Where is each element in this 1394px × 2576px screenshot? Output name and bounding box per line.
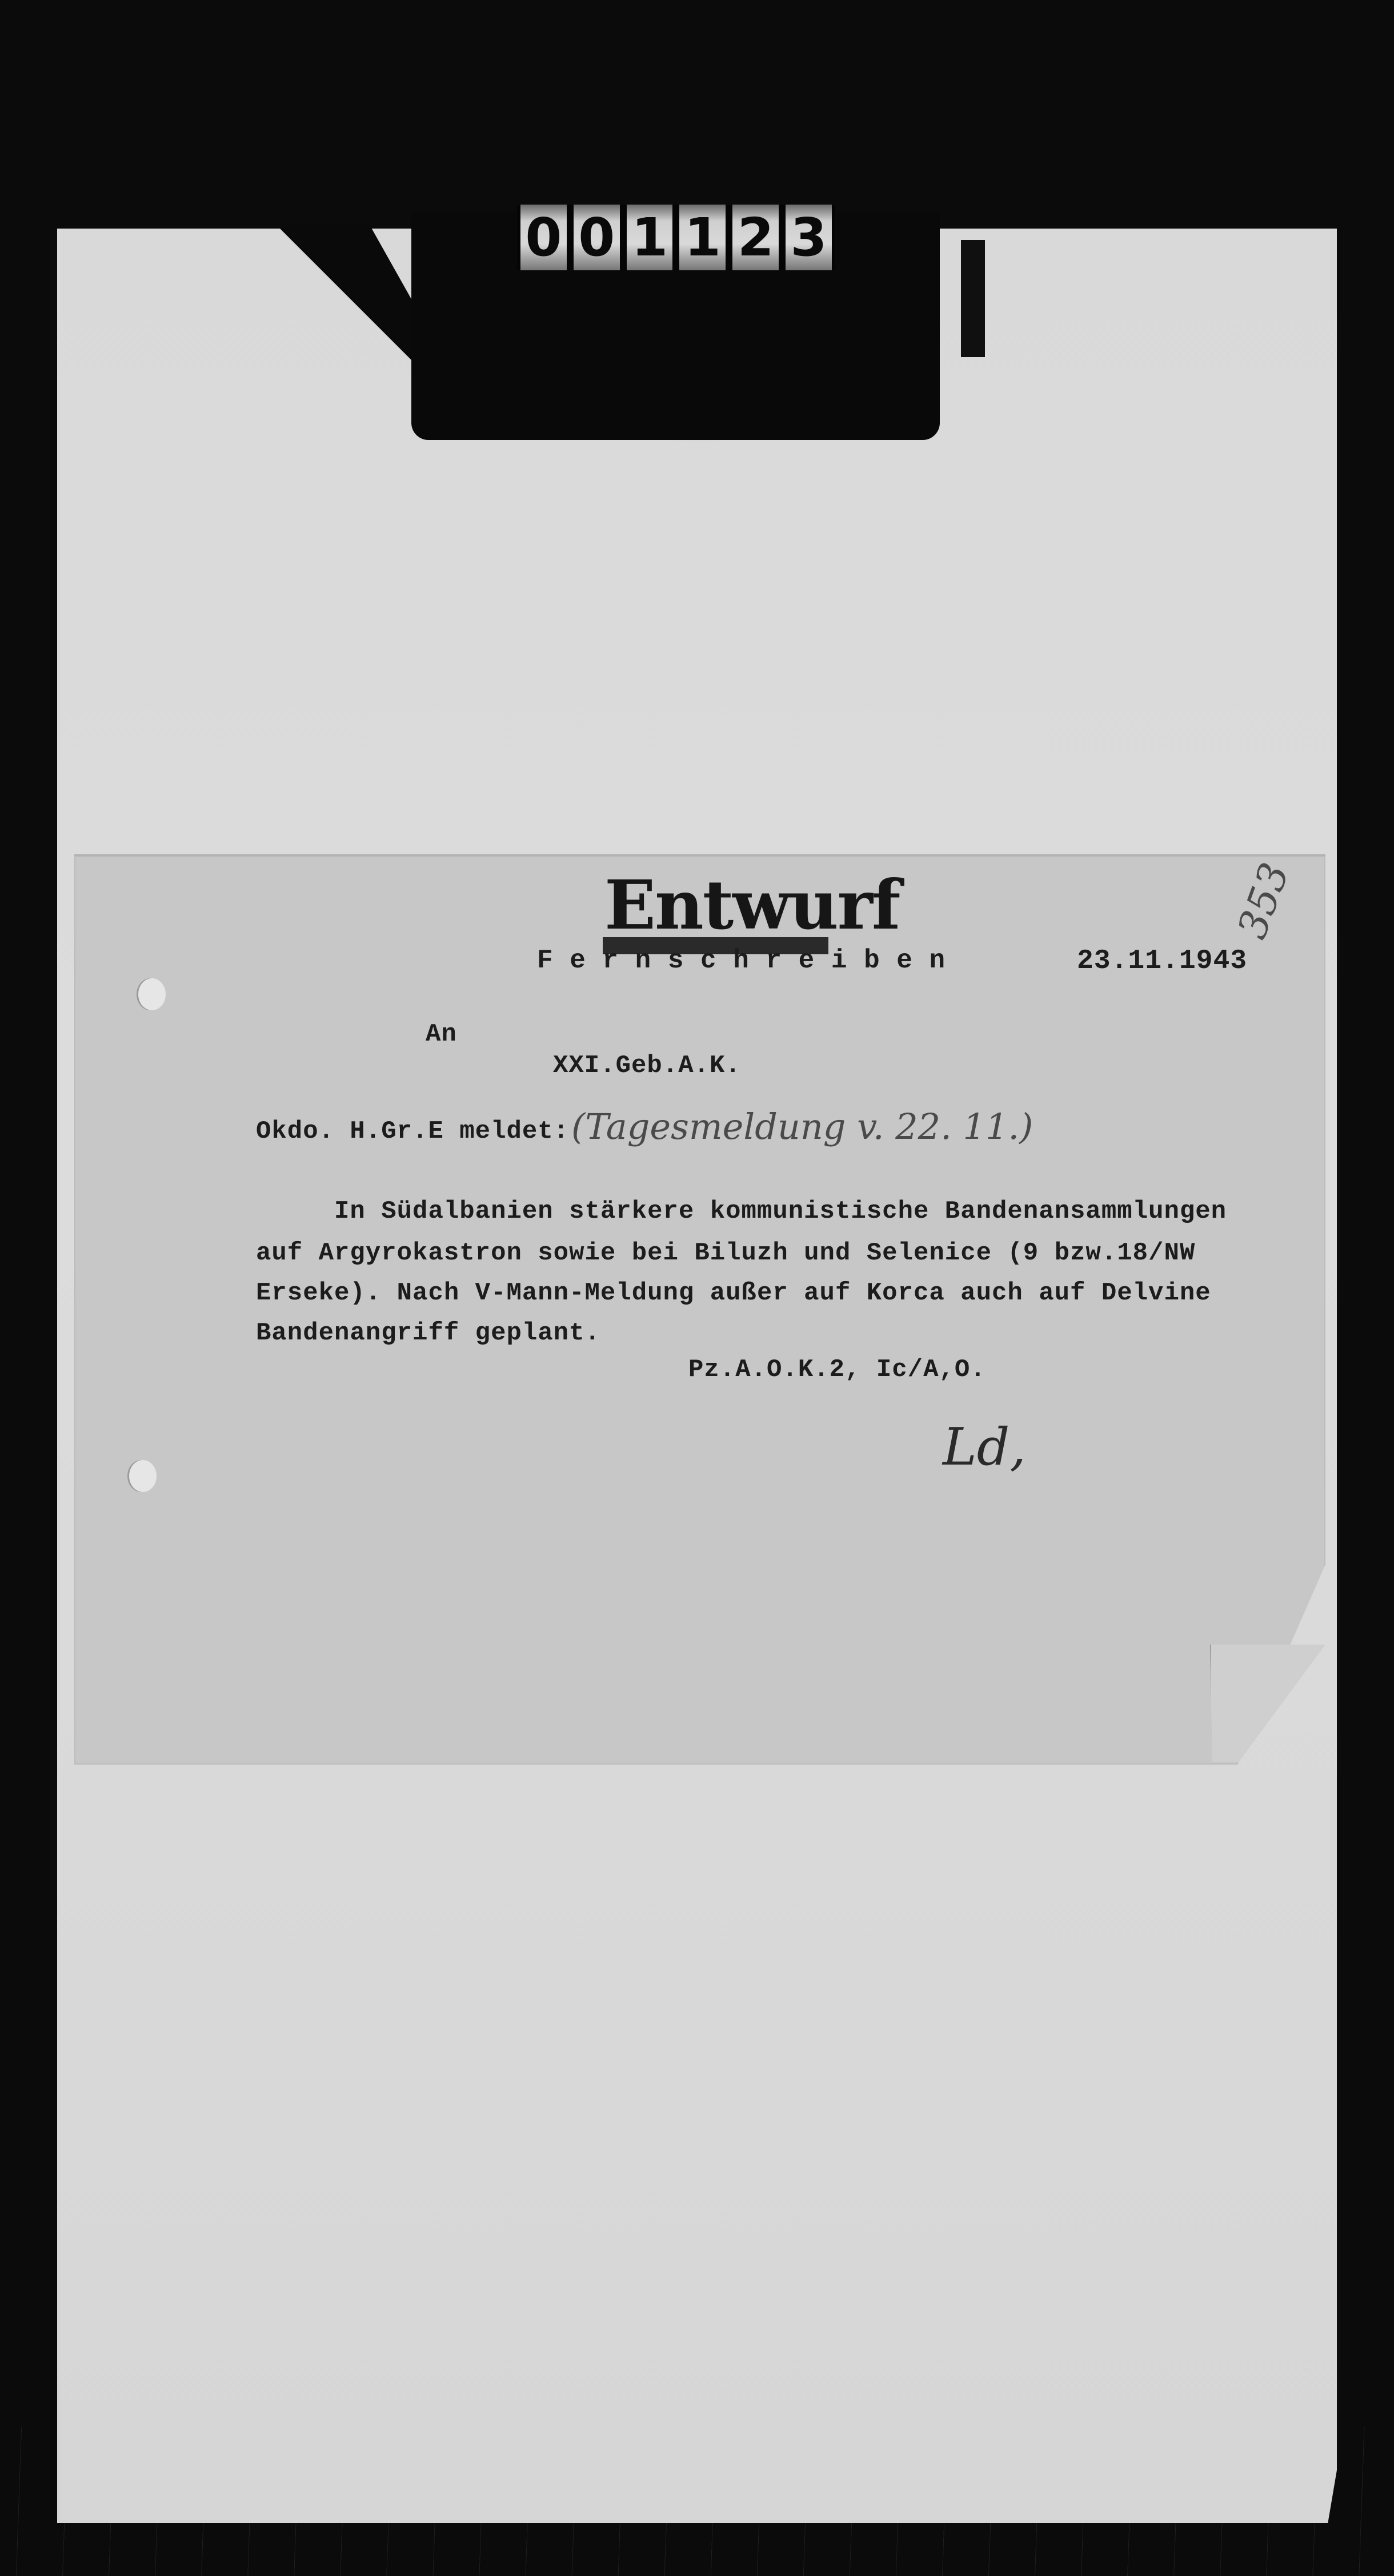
body-line: In Südalbanien stärkere kommunistische B…	[256, 1197, 1227, 1226]
body-line: Erseke). Nach V-Mann-Meldung außer auf K…	[256, 1279, 1211, 1307]
document-date: 23.11.1943	[1077, 946, 1247, 977]
punch-hole	[138, 978, 166, 1010]
body-line: Bandenangriff geplant.	[256, 1319, 600, 1347]
frame-counter: 0 0 1 1 2 3	[517, 205, 835, 270]
document-type-heading: F e r n s c h r e i b e n	[537, 946, 946, 975]
counter-digit: 3	[786, 205, 832, 270]
handwritten-initials: Ld,	[943, 1417, 1026, 1477]
counter-digit: 1	[679, 205, 726, 270]
counter-digit: 0	[520, 205, 567, 270]
counter-digit: 0	[574, 205, 620, 270]
addressee-label: An	[426, 1020, 457, 1049]
counter-digit: 2	[732, 205, 779, 270]
signature-block: Pz.A.O.K.2, Ic/A,O.	[688, 1355, 986, 1384]
telegram-slip	[74, 854, 1325, 1765]
counter-digit: 1	[627, 205, 673, 270]
punch-hole	[129, 1460, 157, 1492]
sender-line: Okdo. H.Gr.E meldet:	[256, 1117, 569, 1146]
body-line: auf Argyrokastron sowie bei Biluzh und S…	[256, 1239, 1195, 1267]
counter-side-strip	[961, 240, 985, 357]
draft-stamp: Entwurf	[604, 871, 900, 939]
addressee: XXI.Geb.A.K.	[553, 1051, 741, 1080]
handwritten-note: (Tagesmeldung v. 22. 11.)	[571, 1106, 1033, 1147]
